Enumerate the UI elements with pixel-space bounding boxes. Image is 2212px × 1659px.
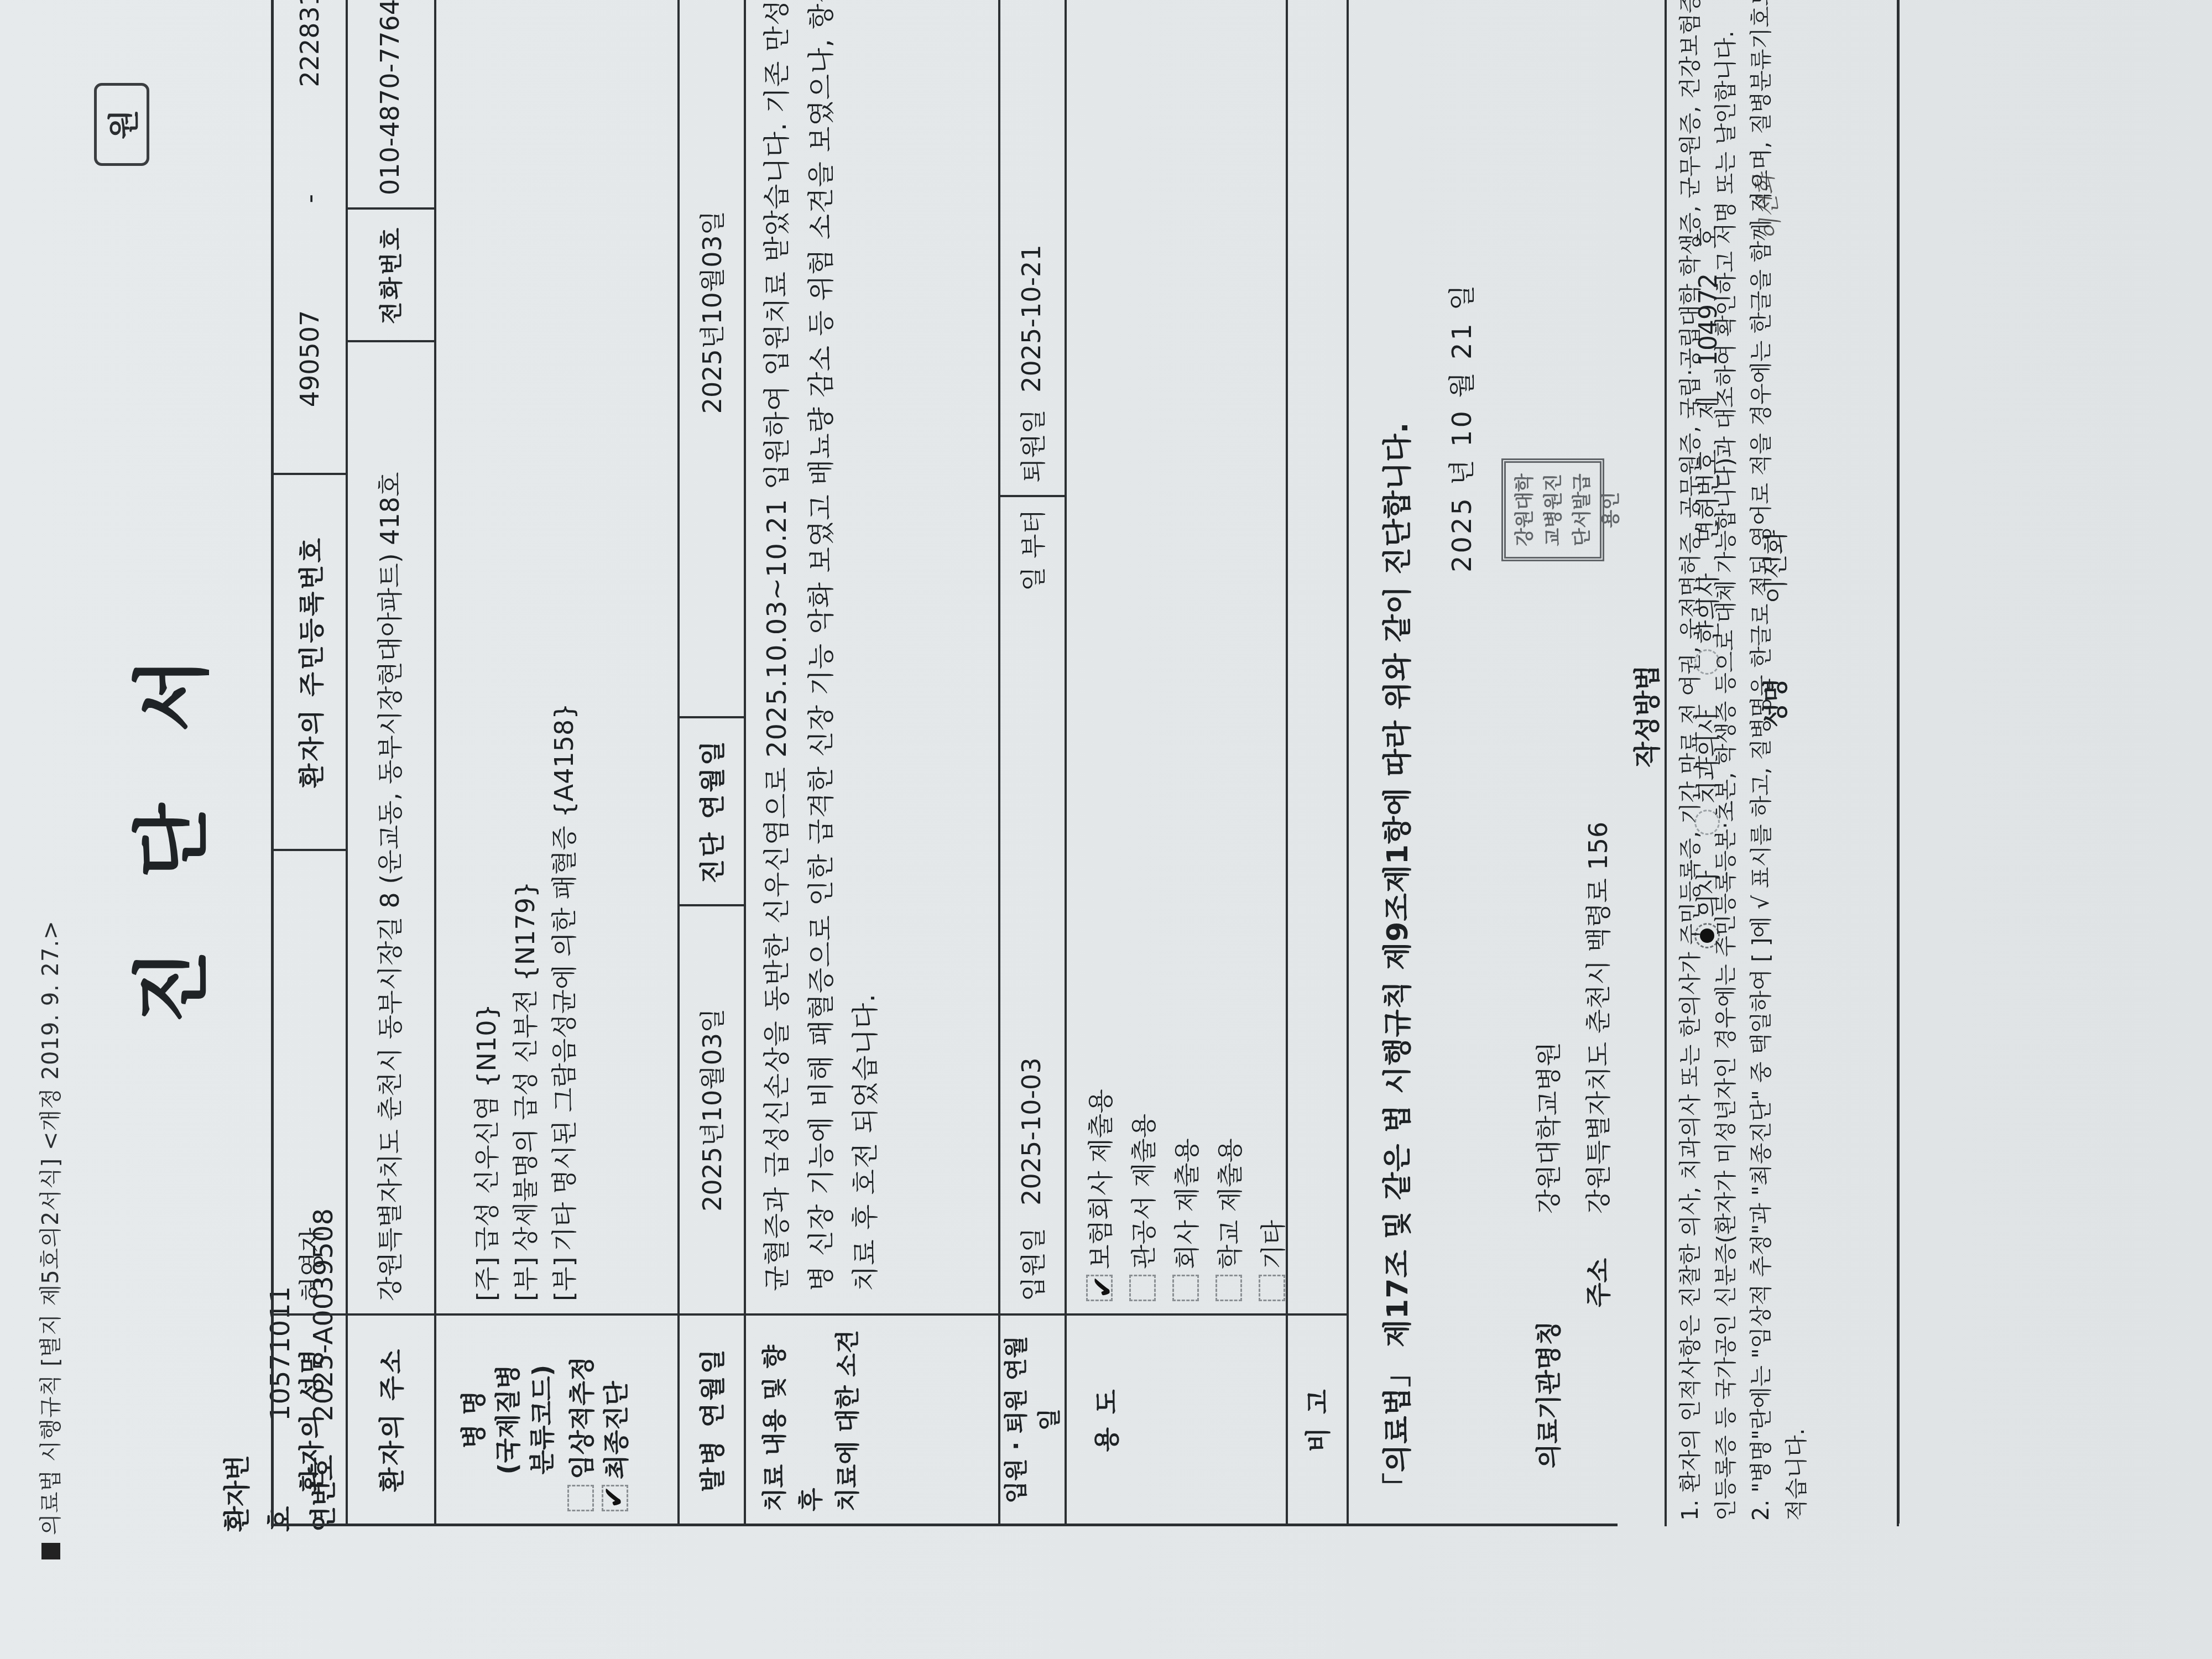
rrn-back: 2228310 bbox=[295, 0, 325, 87]
diagnosis-tag: [부] bbox=[549, 1257, 579, 1301]
purpose-option-label: 보험회사 제출용 bbox=[1086, 1089, 1115, 1269]
method-note: 2. "병명"란에는 "임상적 추정"과 "최종진단" 중 택일하여 [ ]에 … bbox=[1744, 0, 1814, 1521]
purpose-label: 용 도 bbox=[1065, 1313, 1286, 1524]
row-diagnosis: 병 명 (국제질병 분류코드) 임상적추정 최종진단 [주]급성 신우신염 {N… bbox=[434, 0, 680, 1524]
final-diagnosis-label: 최종진단 bbox=[601, 1381, 631, 1479]
patient-name-label: 환자의 성명 bbox=[274, 1313, 346, 1524]
seal-text: 강원대학교병원진단서발급용인 bbox=[1506, 463, 1600, 557]
day-unit: 일 bbox=[1447, 283, 1478, 310]
purpose-option-government[interactable]: 관공서 제출용 bbox=[1122, 0, 1165, 1301]
page-title: 진 단 서 bbox=[111, 0, 222, 1659]
institution-info: 의료기관명칭강원대학교병원 주소강원특별자치도 춘천시 백령로 156 bbox=[1524, 822, 1623, 1468]
diag-date-label: 진단 연월일 bbox=[677, 716, 744, 904]
purpose-option-school[interactable]: 학교 제출용 bbox=[1208, 0, 1251, 1301]
admission-in-date: 2025-10-03 bbox=[1016, 1057, 1046, 1205]
purpose-option-label: 학교 제출용 bbox=[1215, 1138, 1245, 1269]
remarks-value[interactable] bbox=[1286, 0, 1347, 1313]
row-admission: 입원 · 퇴원 연월일 입원일 2025-10-03 일 부터 퇴원일 2025… bbox=[998, 0, 1067, 1524]
diagnosis-label-line2: (국제질병 bbox=[491, 1328, 525, 1511]
issue-day: 21 bbox=[1447, 321, 1478, 359]
purpose-option-company[interactable]: 회사 제출용 bbox=[1165, 0, 1208, 1301]
clinical-estimate-label: 임상적추정 bbox=[567, 1357, 597, 1479]
purpose-checkbox[interactable] bbox=[1129, 1275, 1156, 1301]
certificate-table: 환자의 성명 허영자 환자의 주민등록번호 490507 - 2228310 환… bbox=[271, 0, 1618, 1526]
admission-label: 입원 · 퇴원 연월일 bbox=[998, 1313, 1065, 1524]
square-bullet-icon bbox=[41, 1543, 60, 1559]
month-unit: 월 bbox=[1447, 370, 1478, 398]
purpose-options: 보험회사 제출용 관공서 제출용 회사 제출용 학교 제출용 기타 bbox=[1065, 0, 1286, 1313]
institution-name: 강원대학교병원 bbox=[1533, 1042, 1563, 1214]
purpose-option-label: 기타 bbox=[1258, 1220, 1288, 1269]
row-dates: 발병 연월일 2025년10월03일 진단 연월일 2025년10월03일 bbox=[677, 0, 746, 1524]
purpose-checkbox[interactable] bbox=[1259, 1275, 1285, 1301]
diagnosis-list: [주]급성 신우신염 {N10} [부]상세불명의 급성 신부전 {N179} … bbox=[434, 0, 677, 1313]
purpose-option-label: 회사 제출용 bbox=[1172, 1138, 1202, 1269]
admission-in-label: 입원일 bbox=[1013, 1228, 1050, 1301]
onset-value: 2025년10월03일 bbox=[677, 904, 744, 1313]
row-patient-address: 환자의 주소 강원특별자치도 춘천시 동부시장길 8 (운교동, 동부시장현대아… bbox=[346, 0, 436, 1524]
row-opinion: 치료 내용 및 향후 치료에 대한 소견 균혈증과 급성신손상을 동반한 신우신… bbox=[744, 0, 1000, 1524]
institution-address-label: 주소 bbox=[1573, 1247, 1623, 1468]
form-caption-text: 의료법 시행규칙 [별지 제5호의2서식] <개정 2019. 9. 27.> bbox=[38, 920, 64, 1535]
row-patient-name: 환자의 성명 허영자 환자의 주민등록번호 490507 - 2228310 bbox=[274, 0, 348, 1524]
admission-from: 입원일 2025-10-03 일 부터 bbox=[998, 495, 1065, 1313]
patient-rrn-label: 환자의 주민등록번호 bbox=[274, 473, 346, 849]
diagnosis-item: [주]급성 신우신염 {N10} bbox=[467, 0, 506, 1301]
diagnosis-label-line1: 병 명 bbox=[456, 1328, 491, 1511]
rrn-separator: - bbox=[295, 194, 325, 204]
diagnosis-text: 기타 명시된 그람음성균에 의한 패혈증 {A4158} bbox=[549, 703, 579, 1251]
final-diagnosis-checkbox[interactable] bbox=[602, 1485, 628, 1511]
divider bbox=[1897, 0, 1899, 1526]
diagnosis-text: 상세불명의 급성 신부전 {N179} bbox=[510, 881, 540, 1251]
issue-month: 10 bbox=[1447, 409, 1478, 447]
purpose-checkbox[interactable] bbox=[1215, 1275, 1242, 1301]
final-diagnosis-option[interactable]: 최종진단 bbox=[599, 1328, 633, 1511]
row-purpose: 용 도 보험회사 제출용 관공서 제출용 회사 제출용 학교 제출용 기타 bbox=[1065, 0, 1288, 1524]
patient-rrn-value: 490507 - 2228310 bbox=[274, 0, 346, 473]
institution-address: 강원특별자치도 춘천시 백령로 156 bbox=[1583, 822, 1613, 1214]
onset-label: 발병 연월일 bbox=[677, 1313, 744, 1524]
opinion-label: 치료 내용 및 향후 치료에 대한 소견 bbox=[744, 1313, 998, 1524]
admission-out-date: 2025-10-21 bbox=[1016, 244, 1046, 392]
issue-date: 2025 년 10 월 21 일 bbox=[1441, 283, 1479, 572]
law-statement: 「의료법」 제17조 및 같은 법 시행규칙 제9조제1항에 따라 위와 같이 … bbox=[1374, 422, 1416, 1501]
diagnosis-tag: [부] bbox=[510, 1257, 540, 1301]
phone-label: 전화번호 bbox=[346, 207, 434, 340]
opinion-label-line2: 치료에 대한 소견 bbox=[830, 1328, 867, 1511]
diagnosis-label: 병 명 (국제질병 분류코드) 임상적추정 최종진단 bbox=[434, 1313, 677, 1524]
diagnosis-item: [부]기타 명시된 그람음성균에 의한 패혈증 {A4158} bbox=[545, 0, 583, 1301]
method-note: 1. 환자의 인적사항은 진찰한 의사, 치과의사 또는 한의사가 주민등록증,… bbox=[1673, 0, 1744, 1521]
diagnosis-label-line3: 분류코드) bbox=[525, 1328, 559, 1511]
purpose-checkbox[interactable] bbox=[1172, 1275, 1199, 1301]
diagnosis-certificate-page: 의료법 시행규칙 [별지 제5호의2서식] <개정 2019. 9. 27.> … bbox=[0, 0, 2212, 1659]
admission-from-label: 일 부터 bbox=[1013, 509, 1050, 591]
opinion-label-line1: 치료 내용 및 향후 bbox=[757, 1328, 830, 1511]
institution-name-label: 의료기관명칭 bbox=[1524, 1247, 1573, 1468]
phone-value: 010-4870-7764 bbox=[346, 0, 434, 207]
purpose-option-label: 관공서 제출용 bbox=[1129, 1114, 1159, 1269]
row-remarks: 비 고 bbox=[1286, 0, 1349, 1524]
rrn-front: 490507 bbox=[295, 310, 325, 408]
clinical-estimate-option[interactable]: 임상적추정 bbox=[565, 1328, 599, 1511]
writing-method-notes: 1. 환자의 인적사항은 진찰한 의사, 치과의사 또는 한의사가 주민등록증,… bbox=[1673, 0, 1814, 1521]
writing-method-title: 작성방법 bbox=[1626, 0, 1664, 1526]
hospital-seal: 강원대학교병원진단서발급용인 bbox=[1501, 458, 1604, 561]
year-unit: 년 bbox=[1447, 457, 1478, 485]
patient-address-value: 강원특별자치도 춘천시 동부시장길 8 (운교동, 동부시장현대아파트) 418… bbox=[346, 340, 434, 1313]
admission-out-label: 퇴원일 bbox=[1013, 409, 1050, 483]
opinion-text: 균혈증과 급성신손상을 동반한 신우신염으로 2025.10.03~10.21 … bbox=[744, 0, 998, 1313]
writing-method: 작성방법 1. 환자의 인적사항은 진찰한 의사, 치과의사 또는 한의사가 주… bbox=[1620, 0, 1908, 1526]
form-caption: 의료법 시행규칙 [별지 제5호의2서식] <개정 2019. 9. 27.> bbox=[33, 920, 65, 1559]
patient-name-value: 허영자 bbox=[274, 849, 346, 1313]
divider bbox=[1665, 0, 1667, 1526]
patient-address-label: 환자의 주소 bbox=[346, 1313, 434, 1524]
clinical-estimate-checkbox[interactable] bbox=[567, 1485, 594, 1511]
diag-date-value: 2025년10월03일 bbox=[677, 0, 744, 716]
remarks-label: 비 고 bbox=[1286, 1313, 1347, 1524]
admission-to: 퇴원일 2025-10-21 bbox=[998, 0, 1065, 495]
diagnosis-tag: [주] bbox=[472, 1257, 502, 1301]
issue-year: 2025 bbox=[1447, 496, 1478, 572]
purpose-option-insurance[interactable]: 보험회사 제출용 bbox=[1079, 0, 1122, 1301]
purpose-checkbox[interactable] bbox=[1086, 1275, 1113, 1301]
diagnosis-text: 급성 신우신염 {N10} bbox=[472, 1004, 502, 1251]
diagnosis-item: [부]상세불명의 급성 신부전 {N179} bbox=[506, 0, 545, 1301]
